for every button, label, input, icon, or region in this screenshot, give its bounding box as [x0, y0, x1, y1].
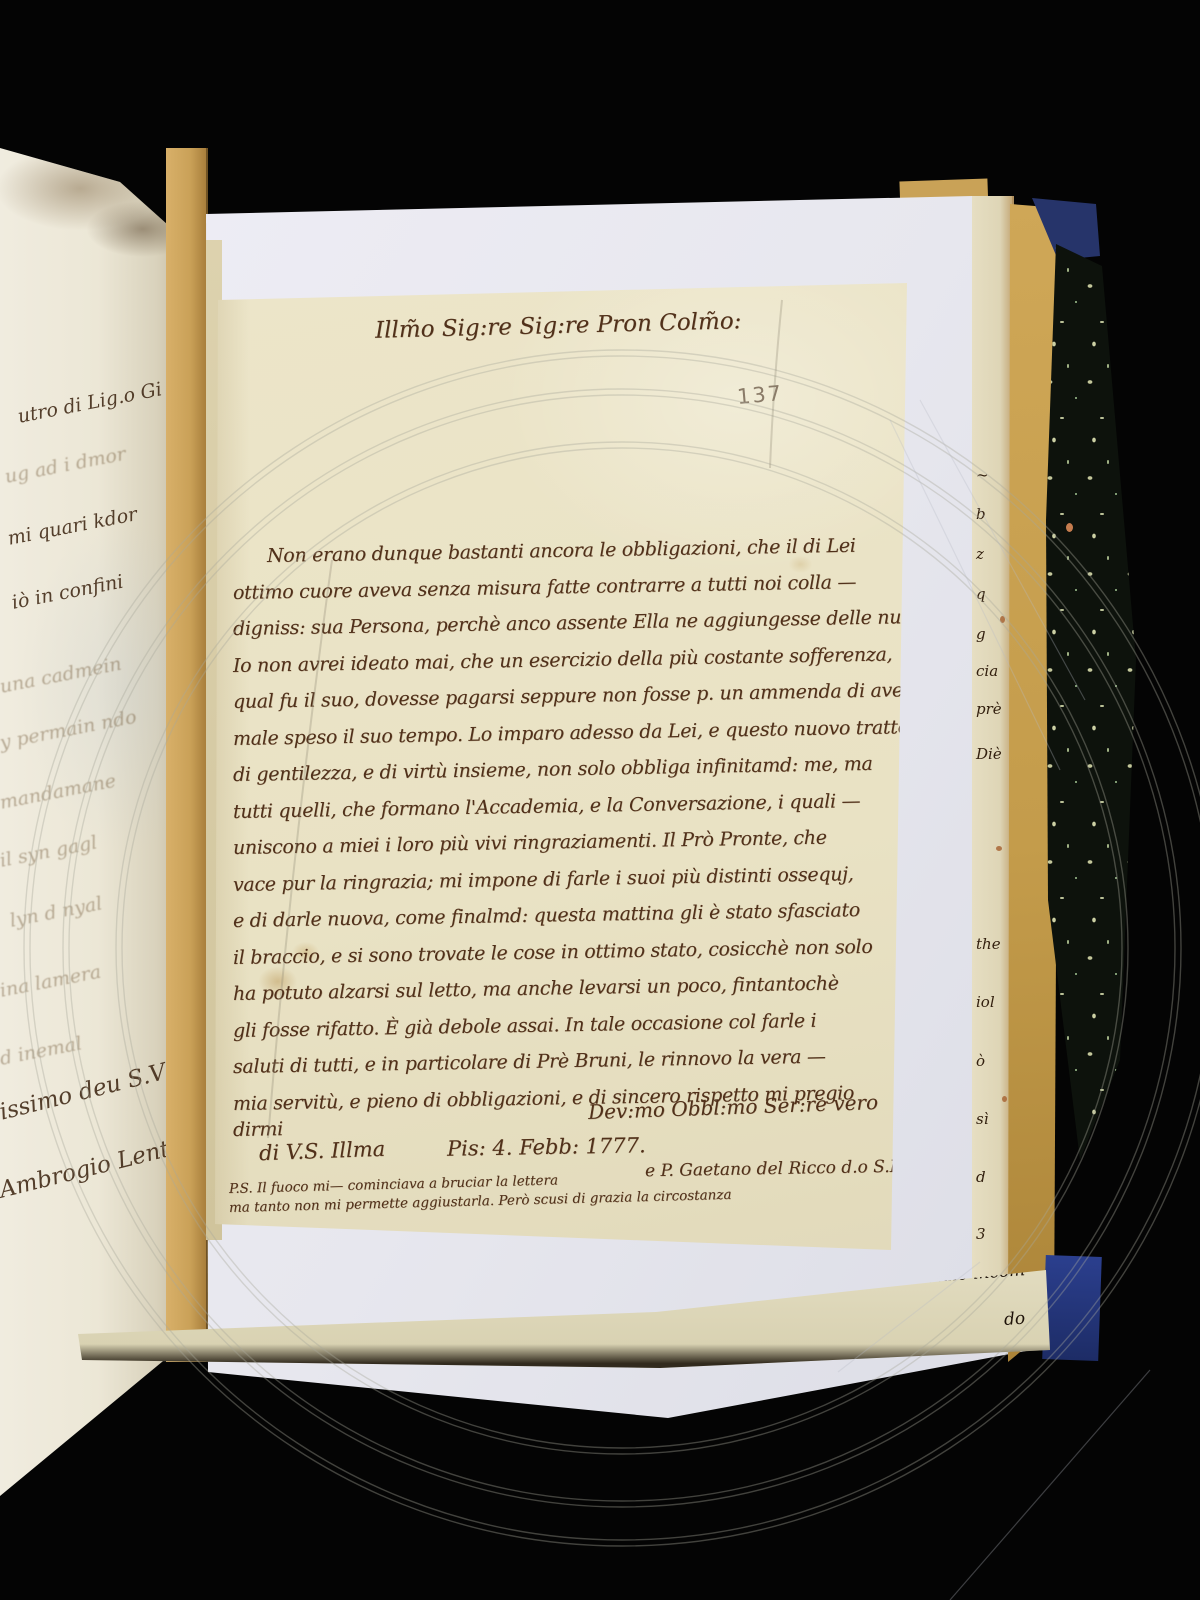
page-edge-fragment: cia: [976, 662, 998, 680]
letter-line: tutti quelli, che formano l'Accademia, e…: [233, 790, 861, 823]
rust-spot: [1002, 1096, 1007, 1102]
verso-fragment: y permain ndo: [0, 706, 138, 754]
marble-fleck: [1066, 523, 1073, 532]
page-edge-fragment: 3: [976, 1225, 986, 1243]
letter-line: male speso il suo tempo. Lo imparo adess…: [233, 716, 909, 750]
verso-fragment: d inemal: [0, 1032, 84, 1069]
page-edge-fragment: sì: [976, 1110, 989, 1128]
page-edge-fragment: prè: [976, 700, 1002, 718]
page-edge-fragment: z: [976, 545, 984, 563]
marbled-cover: [1044, 240, 1140, 1170]
page-edge-fragment: ò: [976, 1052, 985, 1070]
letter-line: uniscono a miei i loro più vivi ringrazi…: [233, 827, 827, 859]
verso-fragment: iò in confini: [10, 571, 125, 614]
verso-fragment: Ambrogio Lentii: [0, 1133, 186, 1204]
page-edge-fragment: iol: [976, 993, 995, 1011]
verso-fragment: mi quari kdor: [6, 503, 139, 550]
letter-line: qual fu il suo, dovesse pagarsi seppure …: [233, 679, 912, 713]
verso-fragment: ina lamera: [0, 961, 103, 1002]
date-line: Pis: 4. Febb: 1777.: [447, 1133, 646, 1160]
letter-line: vace pur la ringrazia; mi impone di farl…: [233, 863, 854, 896]
letter-line: di gentilezza, e di virtù insieme, non s…: [233, 753, 873, 786]
verso-fragment: lyn d nyal: [8, 892, 104, 931]
verso-fragment: utro di Lig.o Gi: [16, 378, 164, 428]
cover-blue-edge-bottom: [1042, 1255, 1102, 1361]
date-line-right: e P. Gaetano del Ricco d.o S.P.: [645, 1157, 903, 1182]
page-edge-fragment: ~: [976, 466, 989, 484]
letter-line: e di darle nuova, come finalmd: questa m…: [233, 899, 860, 932]
verso-fragment: mandamane: [0, 770, 118, 814]
bottom-page-text-2: do: [1003, 1309, 1025, 1330]
rust-spot: [996, 846, 1002, 851]
page-edge-fragment: Diè: [976, 745, 1002, 763]
letter-line: ottimo cuore aveva senza misura fatte co…: [233, 571, 856, 604]
page-edge-fragment: b: [976, 505, 986, 523]
letter-line: Io non avrei ideato mai, che un esercizi…: [233, 643, 893, 677]
letter-line: il braccio, e si sono trovate le cose in…: [233, 936, 873, 969]
letter-line: gli fosse rifatto. È già debole assai. I…: [233, 1010, 817, 1042]
page-edge-stack: ~ b z q g cia prè Diè the iol ò sì d 3: [972, 196, 1014, 1302]
page-edge-fragment: d: [976, 1168, 986, 1186]
binding-strip-left: [166, 148, 208, 1362]
left-page-verso: utro di Lig.o Gi ug ad i dmor mi quari k…: [0, 148, 178, 1498]
manuscript-photo: utro di Lig.o Gi ug ad i dmor mi quari k…: [0, 0, 1200, 1600]
letter-line: saluti di tutti, e in particolare di Prè…: [233, 1046, 826, 1078]
verso-fragment: ug ad i dmor: [3, 443, 128, 488]
letter-heading: Illm̃o Sig:re Sig:re Pron Colm̃o:: [375, 308, 742, 344]
page-edge-fragment: g: [976, 625, 986, 643]
letter-line: Non erano dunque bastanti ancora le obbl…: [267, 535, 856, 567]
verso-fragment: una cadmein: [0, 653, 123, 698]
verso-fragment: il syn gagl: [0, 831, 99, 871]
letter-line: dirmi: [233, 1118, 283, 1141]
rust-spot: [1000, 616, 1005, 623]
page-edge-fragment: q: [976, 585, 986, 603]
date-addressee: di V.S. Illma: [259, 1137, 386, 1165]
page-number-pencil: 137: [736, 381, 784, 409]
letter-line: ha potuto alzarsi sul letto, ma anche le…: [233, 972, 839, 1005]
page-edge-fragment: the: [976, 935, 1001, 953]
letter-line: digniss: sua Persona, perchè anco assent…: [233, 606, 912, 640]
manuscript-letter-page: Illm̃o Sig:re Sig:re Pron Colm̃o: 137 No…: [215, 283, 912, 1253]
verso-fragment: issimo deu S.VE: [0, 1055, 185, 1126]
